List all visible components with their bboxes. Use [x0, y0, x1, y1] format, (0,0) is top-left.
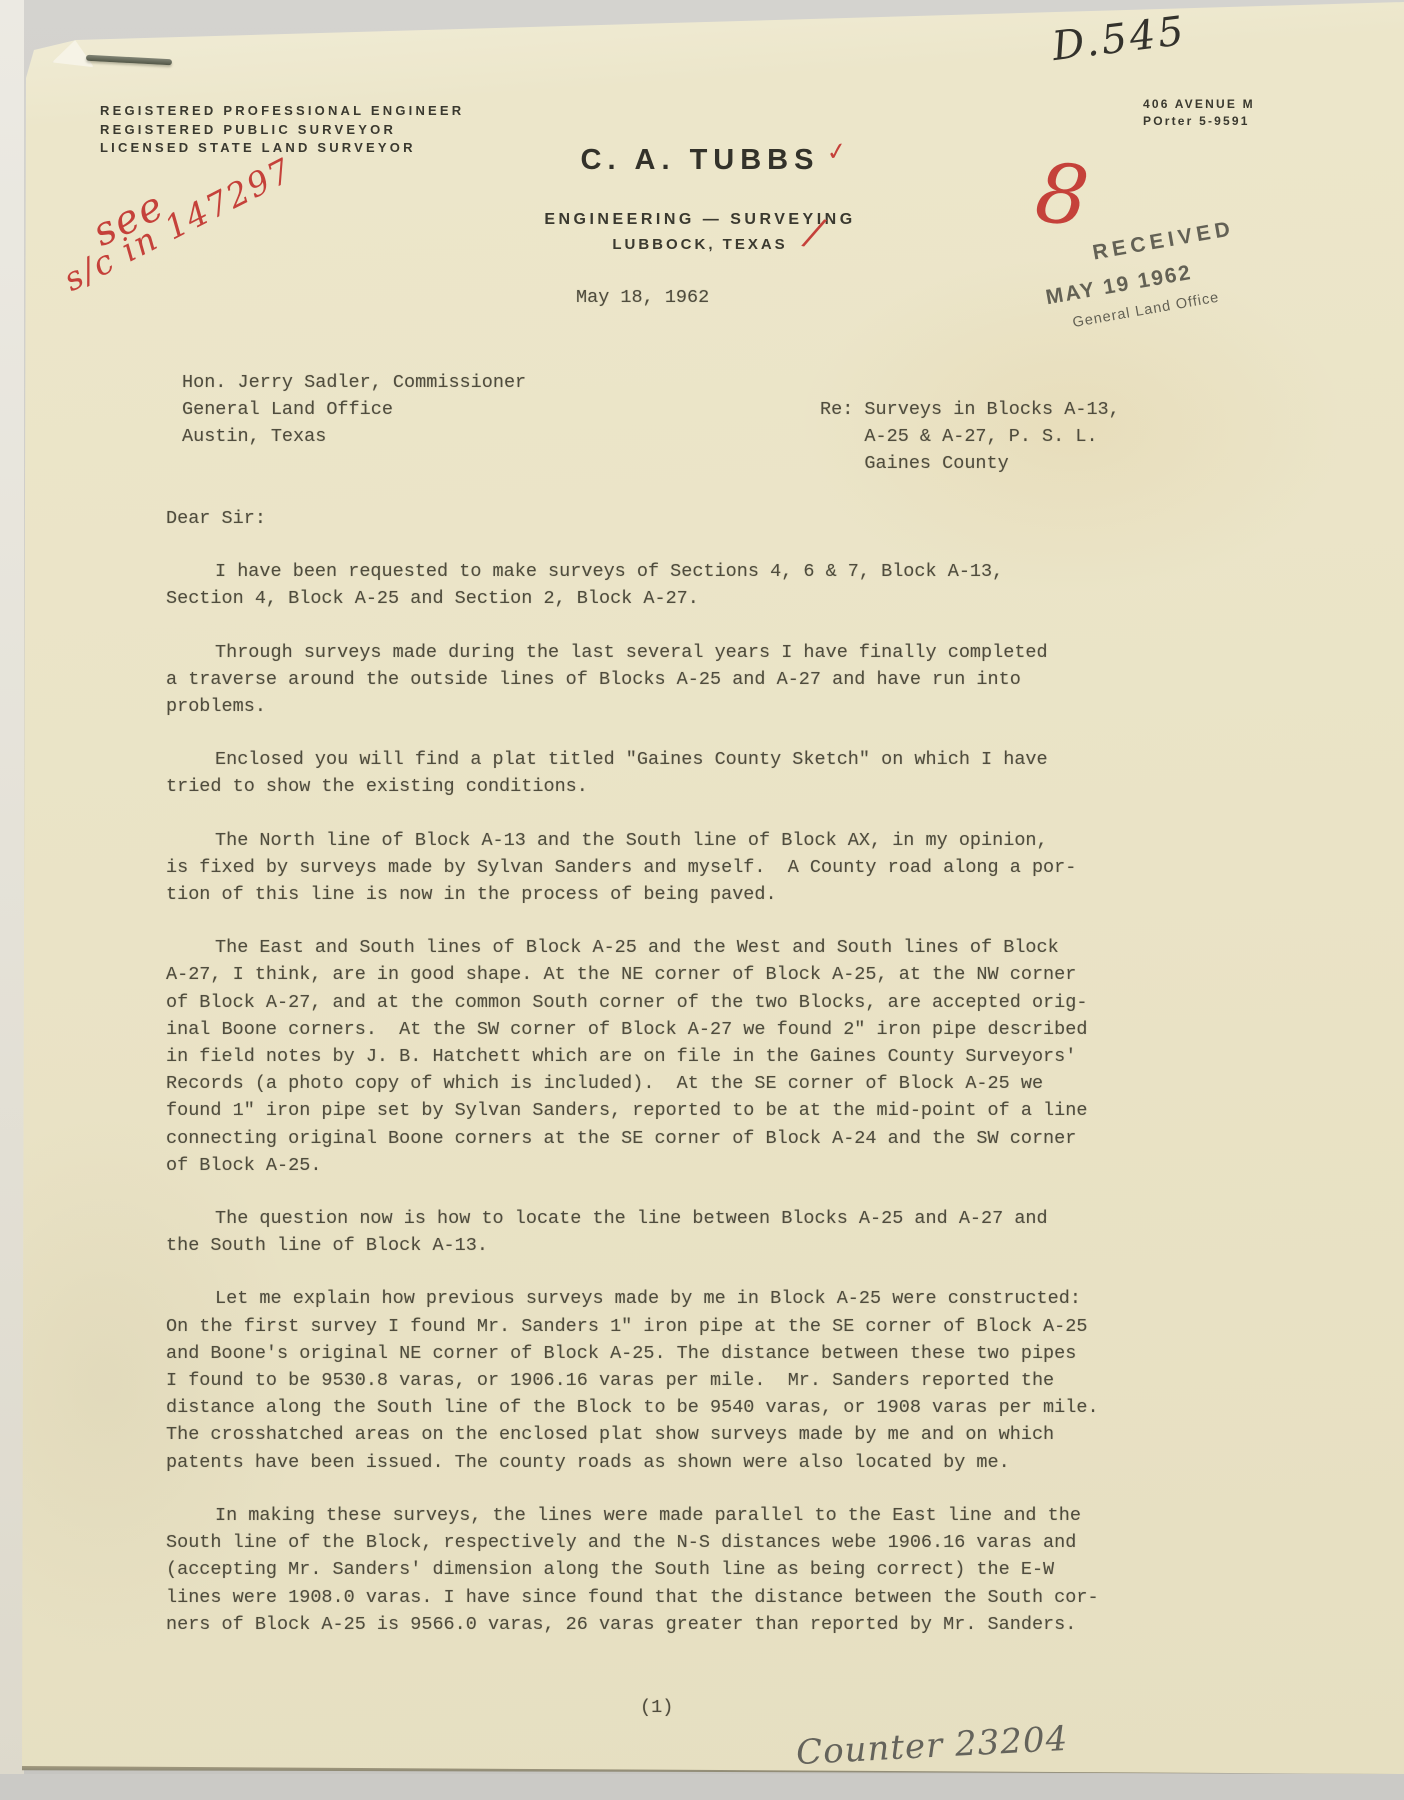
- paragraph-3: Enclosed you will find a plat titled "Ga…: [166, 746, 1171, 800]
- salutation: Dear Sir:: [166, 505, 1171, 532]
- letterhead-firm-name: C. A. TUBBS: [470, 144, 930, 177]
- paragraph-8: In making these surveys, the lines were …: [166, 1502, 1171, 1638]
- red-check-mark: ✓: [826, 133, 848, 170]
- letterhead-tagline: ENGINEERING — SURVEYING: [470, 211, 930, 229]
- letter-paper: REGISTERED PROFESSIONAL ENGINEER REGISTE…: [22, 0, 1404, 1774]
- scan-background-bottom: [0, 1774, 1404, 1800]
- letterhead-contact: 406 AVENUE M POrter 5-9591: [1143, 96, 1255, 130]
- page-number: (1): [640, 1697, 673, 1718]
- letter-body: Dear Sir: I have been requested to make …: [166, 505, 1171, 1638]
- paragraph-1: I have been requested to make surveys of…: [166, 558, 1171, 612]
- underlying-sheet-edge: [0, 0, 24, 1792]
- paragraph-2: Through surveys made during the last sev…: [166, 639, 1171, 721]
- red-figure-eight: 8: [1031, 146, 1093, 246]
- paragraph-4: The North line of Block A-13 and the Sou…: [166, 827, 1171, 909]
- letterhead-city: LUBBOCK, TEXAS: [470, 236, 930, 253]
- re-subject-block: Re: Surveys in Blocks A-13, A-25 & A-27,…: [820, 396, 1120, 477]
- handwritten-file-number: D.545: [1050, 8, 1189, 70]
- staple-mark: [86, 55, 172, 65]
- counter-pencil-note: Counter 23204: [795, 1719, 1069, 1773]
- paragraph-7: Let me explain how previous surveys made…: [166, 1285, 1171, 1475]
- paragraph-6: The question now is how to locate the li…: [166, 1205, 1171, 1259]
- recipient-address: Hon. Jerry Sadler, Commissioner General …: [182, 369, 526, 450]
- paragraph-5: The East and South lines of Block A-25 a…: [166, 934, 1171, 1179]
- scanned-letter-page: REGISTERED PROFESSIONAL ENGINEER REGISTE…: [0, 0, 1404, 1800]
- letter-date: May 18, 1962: [576, 287, 709, 308]
- letterhead-credentials: REGISTERED PROFESSIONAL ENGINEER REGISTE…: [100, 102, 464, 158]
